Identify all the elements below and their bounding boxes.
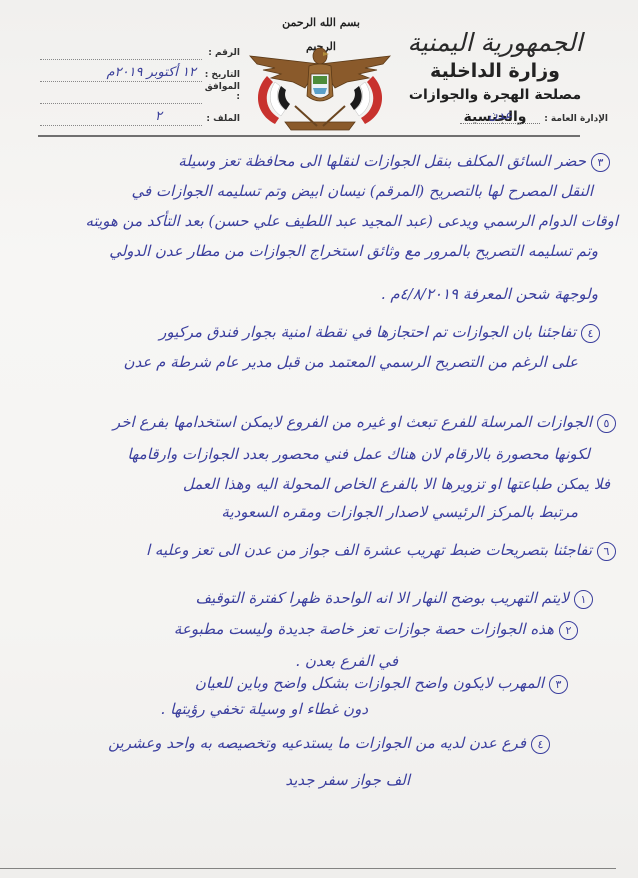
general-administration-label: الإدارة العامة :: [544, 114, 608, 124]
field-corresponding: الموافق :: [40, 82, 240, 104]
handwritten-line: ١لايتم التهريب بوضح النهار الا انه الواح…: [195, 588, 593, 609]
handwritten-line: ٥الجوازات المرسلة للفرع تبعث او غيره من …: [113, 412, 616, 433]
handwritten-line: ولوجهة شحن المعرفة ٤/٨/٢٠١٩م .: [381, 284, 598, 304]
field-file: الملف : ٢: [40, 104, 240, 126]
reference-fields: الرقم : التاريخ : ١٢ أكتوبر ٢٠١٩م المواف…: [40, 38, 240, 126]
handwritten-line: وتم تسليمه التصريح بالمرور مع وثائق استخ…: [109, 241, 598, 261]
item-number-marker: ٥: [597, 414, 616, 433]
item-number-marker: ٣: [549, 675, 568, 694]
handwritten-line: فلا يمكن طباعتها او تزويرها الا بالفرع ا…: [183, 474, 610, 494]
item-number-marker: ٤: [531, 735, 550, 754]
country-name: الجمهورية اليمنية: [380, 28, 610, 58]
handwritten-line: ٢هذه الجوازات حصة جوازات تعز خاصة جديدة …: [174, 619, 578, 640]
handwritten-line: لكونها محصورة بالارقام لان هناك عمل فني …: [127, 444, 590, 464]
basmala-calligraphy: بسم الله الرحمن الرحيم: [275, 11, 367, 35]
field-value: ٢: [155, 109, 162, 124]
handwritten-line: النقل المصرح لها بالتصريح (المرقم) نيسان…: [132, 181, 593, 201]
field-date: التاريخ : ١٢ أكتوبر ٢٠١٩م: [40, 60, 240, 82]
item-number-marker: ٣: [591, 153, 610, 172]
handwritten-line: ٤فرع عدن لديه من الجوازات ما يستدعيه وتخ…: [108, 733, 550, 754]
field-label: الملف :: [202, 114, 240, 126]
handwritten-line: ٤تفاجئنا بان الجوازات تم احتجازها في نقط…: [159, 322, 600, 343]
scanned-letter-page: بسم الله الرحمن الرحيم: [0, 0, 638, 878]
handwritten-line: على الرغم من التصريح الرسمي المعتمد من ق…: [124, 352, 578, 372]
handwritten-line: ٦تفاجئنا بتصريحات ضبط تهريب عشرة الف جوا…: [146, 540, 616, 561]
field-value: ١٢ أكتوبر ٢٠١٩م: [107, 65, 196, 80]
item-number-marker: ٢: [559, 621, 578, 640]
item-number-marker: ٤: [581, 324, 600, 343]
handwritten-line: ٣المهرب لايكون واضح الجوازات بشكل واضح و…: [195, 673, 568, 694]
handwritten-line: في الفرع بعدن .: [295, 651, 398, 671]
general-administration-value: عدن: [460, 109, 540, 124]
handwritten-line: الف جواز سفر جديد: [285, 770, 410, 790]
field-label: الموافق :: [202, 82, 240, 104]
item-number-marker: ١: [574, 590, 593, 609]
field-number: الرقم :: [40, 38, 240, 60]
general-administration-field: الإدارة العامة : عدن: [460, 109, 608, 124]
ministry-name: وزارة الداخلية: [380, 58, 610, 84]
footer-divider: [0, 868, 616, 869]
item-number-marker: ٦: [597, 542, 616, 561]
header-divider: [38, 135, 580, 137]
handwritten-line: مرتبط بالمركز الرئيسي لاصدار الجوازات وم…: [221, 502, 578, 522]
yemen-eagle-emblem-icon: [245, 36, 395, 134]
handwritten-line: دون غطاء او وسيلة تخفي رؤيتها .: [161, 699, 368, 719]
handwritten-line: اوقات الدوام الرسمي ويدعى (عبد المجيد عب…: [85, 211, 618, 231]
field-label: الرقم :: [202, 48, 240, 60]
handwritten-line: ٣حضر السائق المكلف بنقل الجوازات لنقلها …: [178, 151, 610, 172]
field-label: التاريخ :: [202, 70, 240, 82]
